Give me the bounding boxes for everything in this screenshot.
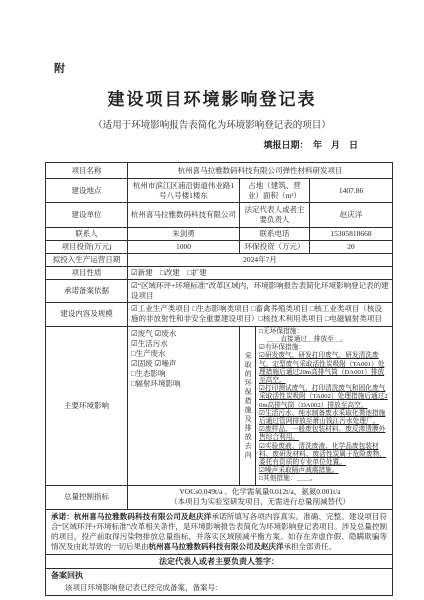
operation-date-value: 2024年7月: [128, 254, 393, 267]
total-control-value: VOCs0.049t/a 、化学需氧量0.012t/a、氨氮0.001t/a （…: [128, 485, 393, 509]
commitment-lead: 承诺：杭州喜马拉雅数码科技有限公司及赵庆洋: [51, 512, 211, 521]
row-total-control: 总量控制指标 VOCs0.049t/a 、化学需氧量0.012t/a、氨氮0.0…: [46, 485, 393, 509]
env-investment-label: 环保投资（万元）: [240, 241, 310, 254]
legal-person-value: 赵庆洋: [310, 203, 393, 228]
total-control-label: 总量控制指标: [46, 485, 128, 509]
impact-measures-cell: 采取的环保措施及排放去向 □无环保措施： ＿＿直接通过＿排放至＿。 ☑有环保措施…: [240, 326, 393, 485]
env-investment-value: 20: [310, 241, 393, 254]
measure-item: □其他措施：＿＿。: [259, 475, 389, 483]
total-control-line2: （本项目为实验室研发项目，无需进行总量削减替代）: [131, 497, 389, 507]
measure-item: ＿＿直接通过＿排放至＿。: [259, 336, 389, 344]
measure-item: ☑实验废液、清洗废液、化学品废包装材料、废研发材料、废活性炭属于危险废物，委托有…: [259, 443, 389, 468]
phone-label: 联系电话: [240, 228, 310, 241]
measure-item: ☑生活污水、纯水制备废水采取化粪池措施后通过管网排放至萧山钱江污水处理厂。: [259, 410, 389, 426]
commitment-name: 杭州喜马拉雅数码科技有限公司及赵庆洋: [149, 542, 284, 551]
attachment-label: 附: [54, 60, 65, 76]
page-subtitle: （适用于环境影响报告表简化为环境影响登记表的项目）: [0, 117, 424, 131]
commitment-paragraph: 承诺：杭州喜马拉雅数码科技有限公司及赵庆洋承诺所填写各项内容真实、准确、完整。建…: [46, 509, 393, 555]
content-scale-value: ☑工业生产类项目 □生态影响类项目 □畜禽养殖类项目 □核工业类项目（核设施的非…: [128, 302, 393, 326]
main-impact-label: 主要环境影响: [46, 326, 128, 485]
contact-label: 联系人: [46, 228, 128, 241]
impact-type: □辐射环境影响: [131, 379, 236, 389]
row-content-scale: 建设内容及规模 ☑工业生产类项目 □生态影响类项目 □畜禽养殖类项目 □核工业类…: [46, 302, 393, 326]
receipt-cell: 备案回执 该项目环境影响登记表已经完成备案，备案号：: [46, 569, 393, 595]
project-name-label: 项目名称: [46, 163, 128, 179]
impact-type: ☑固废 ☑噪声: [131, 359, 236, 369]
nature-label: 项目性质: [46, 267, 128, 280]
impact-type: □生态影响: [131, 369, 236, 379]
row-location: 建设地点 杭州市滨江区浦沿街道伟业路1号八号楼1楼东 占地（建筑、营业）面积（m…: [46, 179, 393, 203]
measure-item: □无环保措施：: [259, 328, 389, 336]
builder-label: 建设单位: [46, 203, 128, 228]
signature-label: 法定代表人或者主要负责人签字：: [46, 555, 393, 569]
receipt-title: 备案回执: [51, 571, 387, 582]
measures-vertical-header: 采取的环保措施及排放去向: [240, 327, 256, 485]
row-commitment: 承诺：杭州喜马拉雅数码科技有限公司及赵庆洋承诺所填写各项内容真实、准确、完整。建…: [46, 509, 393, 555]
content-scale-label: 建设内容及规模: [46, 302, 128, 326]
registration-table: 项目名称 杭州喜马拉雅数码科技有限公司弹性材料研发项目 建设地点 杭州市滨江区浦…: [45, 162, 393, 596]
receipt-body: 该项目环境影响登记表已经完成备案，备案号：: [51, 583, 387, 593]
phone-value: 15305818668: [310, 228, 393, 241]
row-operation-date: 拟投入生产运营日期 2024年7月: [46, 254, 393, 267]
measure-item: ☑废样品、一般废包装材料、废反渗透膜外售综合利用。: [259, 426, 389, 442]
measures-list: □无环保措施： ＿＿直接通过＿排放至＿。 ☑有环保措施： ☑研发废气、研发打印废…: [256, 327, 392, 485]
impact-type-checkboxes: ☑废气 ☑废水 ☑生活污水 □生产废水 ☑固废 ☑噪声 □生态影响 □辐射环境影…: [128, 326, 240, 485]
area-label: 占地（建筑、营业）面积（m²）: [240, 179, 310, 203]
measure-item: ☑打印测试废气、打印清洗废气和固化废气采取活性炭吸附（TA002）处理措施后通过…: [259, 385, 389, 410]
row-project-name: 项目名称 杭州喜马拉雅数码科技有限公司弹性材料研发项目: [46, 163, 393, 179]
row-builder: 建设单位 杭州喜马拉雅数码科技有限公司 法定代表人或者主要负责人 赵庆洋: [46, 203, 393, 228]
operation-date-label: 拟投入生产运营日期: [46, 254, 128, 267]
page-title: 建设项目环境影响登记表: [0, 85, 424, 110]
filing-basis-value: ☑“区域环评+环境标准”改革区域内，环境影响报告表简化环境影响登记表的建设项目: [128, 280, 393, 303]
project-name-value: 杭州喜马拉雅数码科技有限公司弹性材料研发项目: [128, 163, 393, 179]
row-filing-basis: 承诺备案依据 ☑“区域环评+环境标准”改革区域内，环境影响报告表简化环境影响登记…: [46, 280, 393, 303]
builder-value: 杭州喜马拉雅数码科技有限公司: [128, 203, 240, 228]
investment-value: 1000: [128, 241, 240, 254]
measure-item: ☑研发废气、研发打印废气、研发清洗废气、定型废气采取活性炭吸附（TA001）处理…: [259, 352, 389, 385]
row-investment: 项目投资(万元) 1000 环保投资（万元） 20: [46, 241, 393, 254]
impact-type: ☑生活污水: [131, 339, 236, 349]
area-value: 1407.86: [310, 179, 393, 203]
impact-type: □生产废水: [131, 349, 236, 359]
investment-label: 项目投资(万元): [46, 241, 128, 254]
contact-value: 朱剑勇: [128, 228, 240, 241]
impact-type: ☑废气 ☑废水: [131, 329, 236, 339]
location-label: 建设地点: [46, 179, 128, 203]
row-main-impact: 主要环境影响 ☑废气 ☑废水 ☑生活污水 □生产废水 ☑固废 ☑噪声 □生态影响…: [46, 326, 393, 485]
row-nature: 项目性质 ☑新建 □改建 □扩建: [46, 267, 393, 280]
row-signature: 法定代表人或者主要负责人签字：: [46, 555, 393, 569]
commitment-body2: 承担全部责任。: [284, 542, 337, 551]
nature-checkboxes: ☑新建 □改建 □扩建: [128, 267, 393, 280]
filing-basis-label: 承诺备案依据: [46, 280, 128, 303]
row-receipt: 备案回执 该项目环境影响登记表已经完成备案，备案号：: [46, 569, 393, 595]
row-contact: 联系人 朱剑勇 联系电话 15305818668: [46, 228, 393, 241]
total-control-line1: VOCs0.049t/a 、化学需氧量0.012t/a、氨氮0.001t/a: [131, 487, 389, 497]
fill-date-line: 填报日期： 年 月 日: [263, 138, 358, 151]
registration-form-page: 附 建设项目环境影响登记表 （适用于环境影响报告表简化为环境影响登记表的项目） …: [0, 0, 424, 600]
location-value: 杭州市滨江区浦沿街道伟业路1号八号楼1楼东: [128, 179, 240, 203]
legal-person-label: 法定代表人或者主要负责人: [240, 203, 310, 228]
